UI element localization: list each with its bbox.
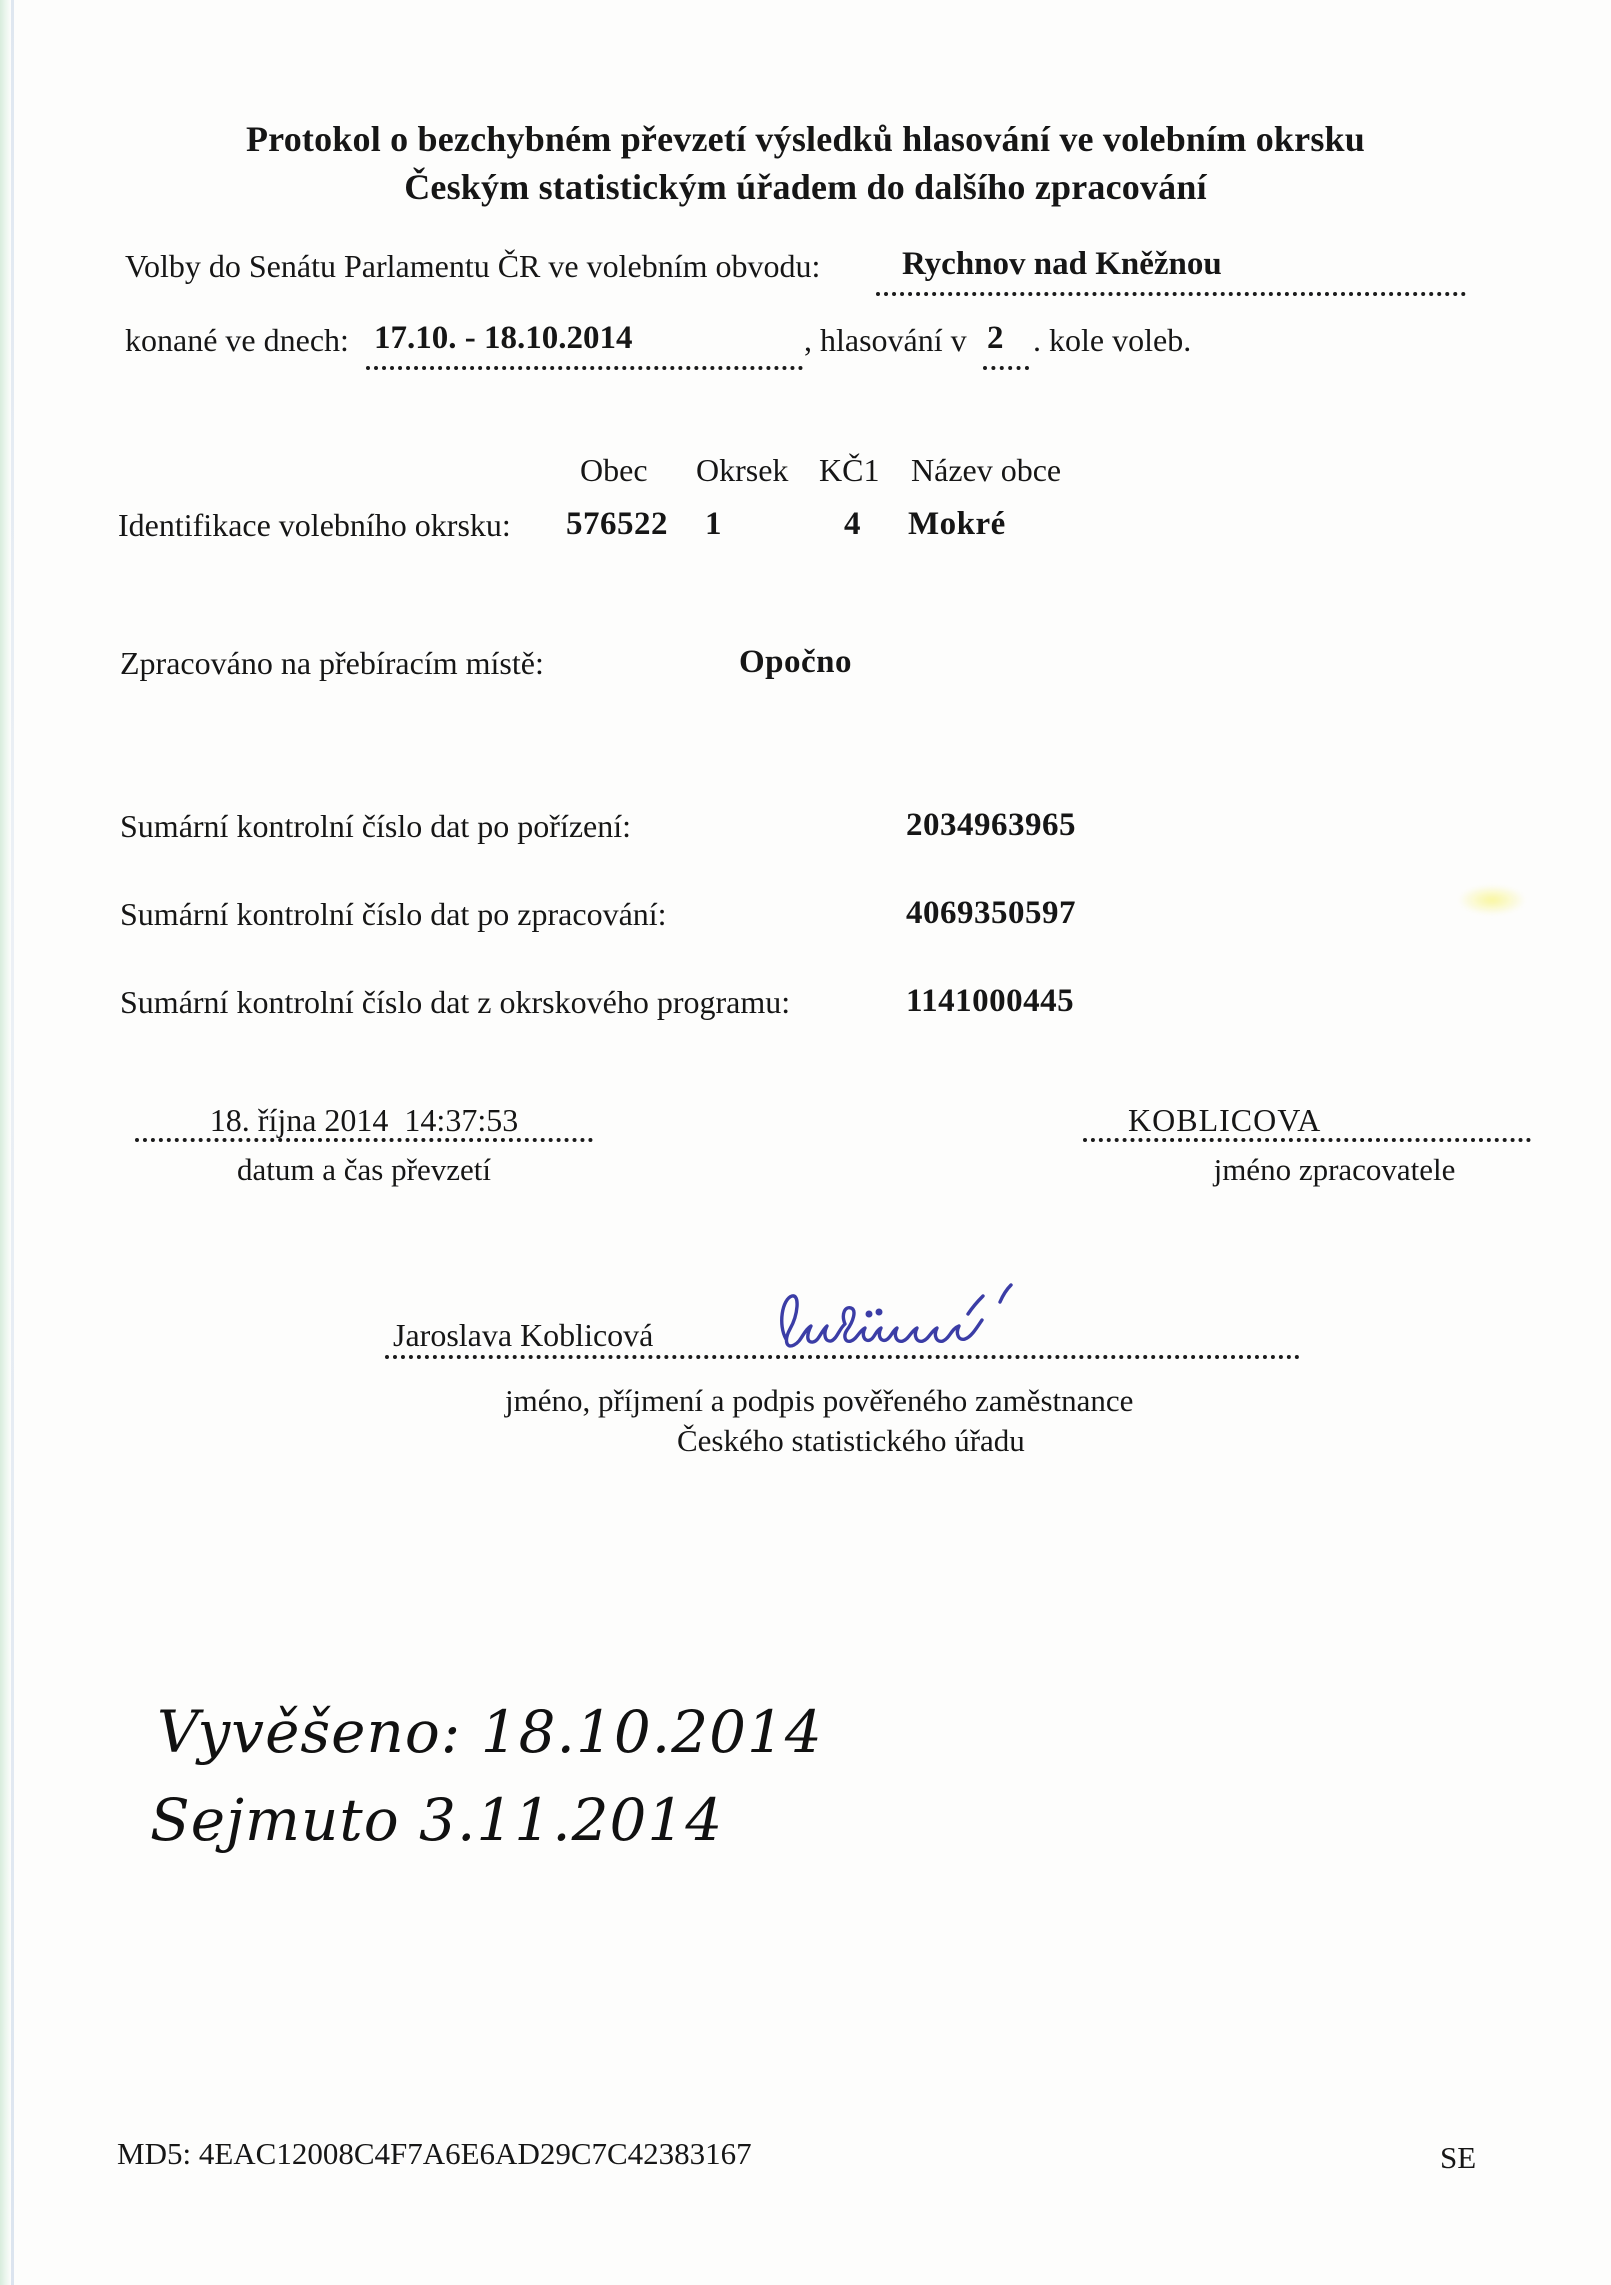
checksum-label-zpracovani: Sumární kontrolní číslo dat po zpracován… <box>120 896 667 933</box>
dates-label: konané ve dnech: <box>125 322 349 359</box>
scan-edge-stripe <box>0 0 11 2285</box>
round-fill-line: 2 <box>983 324 1029 370</box>
checksum-value-porizeni: 2034963965 <box>906 807 1076 844</box>
signature-caption-line1: jméno, příjmení a podpis pověřeného zamě… <box>505 1383 1133 1419</box>
takeover-datetime-value: 18. října 2014 14:37:53 <box>210 1102 518 1139</box>
col-header-nazev-obce: Název obce <box>911 452 1061 489</box>
md5-checksum: MD5: 4EAC12008C4F7A6E6AD29C7C42383167 <box>117 2136 752 2172</box>
processor-name-value: KOBLICOVA <box>1083 1102 1321 1139</box>
dates-value: 17.10. - 18.10.2014 <box>366 320 633 357</box>
checksum-label-porizeni: Sumární kontrolní číslo dat po pořízení: <box>120 808 631 845</box>
round-prefix: , hlasování v <box>804 322 967 359</box>
signature-printed-name: Jaroslava Koblicová <box>385 1317 653 1354</box>
processor-name-line: KOBLICOVA <box>1083 1096 1531 1142</box>
identification-okrsek-value: 1 <box>705 506 722 543</box>
removed-stamp: Sejmuto 3.11.2014 <box>150 1786 723 1854</box>
district-value: Rychnov nad Kněžnou <box>876 246 1222 283</box>
processor-name-caption: jméno zpracovatele <box>1083 1152 1531 1188</box>
page-title-line2: Českým statistickým úřadem do dalšího zp… <box>0 166 1611 208</box>
signature-ink <box>772 1283 1020 1357</box>
round-suffix: . kole voleb. <box>1033 322 1191 359</box>
checksum-value-program: 1141000445 <box>906 983 1074 1020</box>
posted-stamp: Vyvěšeno: 18.10.2014 <box>157 1698 823 1766</box>
round-value: 2 <box>983 320 1004 357</box>
identification-obec-value: 576522 <box>566 506 668 543</box>
scan-yellow-smudge <box>1458 885 1526 915</box>
signature-caption-line2: Českého statistického úřadu <box>677 1423 1025 1459</box>
identification-nazev-value: Mokré <box>908 506 1006 543</box>
checksum-label-program: Sumární kontrolní číslo dat z okrskového… <box>120 984 790 1021</box>
district-label: Volby do Senátu Parlamentu ČR ve volební… <box>125 248 820 285</box>
processing-place-value: Opočno <box>739 644 852 681</box>
scan-edge-line <box>11 0 14 2285</box>
processing-place-label: Zpracováno na přebíracím místě: <box>120 645 544 682</box>
col-header-kc1: KČ1 <box>819 452 879 489</box>
dates-fill-line: 17.10. - 18.10.2014 <box>366 324 803 370</box>
takeover-datetime-line: 18. října 2014 14:37:53 <box>135 1096 593 1142</box>
page-title-line1: Protokol o bezchybném převzetí výsledků … <box>0 118 1611 160</box>
takeover-datetime-caption: datum a čas převzetí <box>135 1152 593 1188</box>
col-header-okrsek: Okrsek <box>696 452 788 489</box>
identification-label: Identifikace volebního okrsku: <box>118 507 511 544</box>
page-code: SE <box>1440 2140 1476 2176</box>
document-page: Protokol o bezchybném převzetí výsledků … <box>0 0 1611 2285</box>
checksum-value-zpracovani: 4069350597 <box>906 895 1076 932</box>
col-header-obec: Obec <box>580 452 648 489</box>
identification-kc1-value: 4 <box>844 506 861 543</box>
district-fill-line: Rychnov nad Kněžnou <box>876 250 1466 296</box>
